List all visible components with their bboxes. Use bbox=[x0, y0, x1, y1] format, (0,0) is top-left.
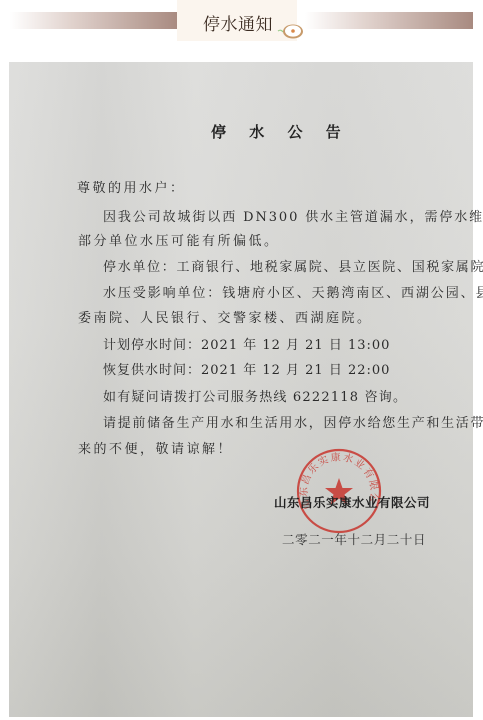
header-banner: 停水通知 bbox=[0, 0, 483, 42]
company-seal-icon: 山东昌乐实康水业有限公司 bbox=[294, 446, 384, 536]
notice-line: 计划停水时间：2021 年 12 月 21 日 13:00 bbox=[103, 334, 390, 353]
notice-line: 如有疑问请拨打公司服务热线 6222118 咨询。 bbox=[103, 386, 407, 405]
notice-line: 部分单位水压可能有所偏低。 bbox=[78, 230, 280, 249]
banner-left-bar bbox=[10, 12, 178, 29]
notice-salutation: 尊敬的用水户： bbox=[77, 177, 186, 196]
notice-title: 停 水 公 告 bbox=[211, 121, 350, 142]
notice-line: 恢复供水时间：2021 年 12 月 21 日 22:00 bbox=[103, 359, 390, 378]
notice-line: 来的不便，敬请谅解！ bbox=[78, 438, 233, 457]
notice-line: 因我公司故城街以西 DN300 供水主管道漏水，需停水维修， bbox=[103, 206, 483, 225]
notice-line: 水压受影响单位：钱塘府小区、天鹅湾南区、西湖公园、县 bbox=[103, 282, 483, 301]
flower-ornament-icon bbox=[276, 23, 304, 39]
signature-date: 二零二一年十二月二十日 bbox=[282, 530, 426, 548]
signature-company: 山东昌乐实康水业有限公司 bbox=[274, 493, 430, 511]
notice-line: 停水单位：工商银行、地税家属院、县立医院、国税家属院。 bbox=[103, 256, 483, 275]
notice-line: 请提前储备生产用水和生活用水，因停水给您生产和生活带 bbox=[103, 412, 483, 431]
banner-title: 停水通知 bbox=[203, 10, 273, 35]
banner-right-bar bbox=[305, 12, 473, 29]
notice-line: 委南院、人民银行、交警家楼、西湖庭院。 bbox=[78, 307, 373, 326]
